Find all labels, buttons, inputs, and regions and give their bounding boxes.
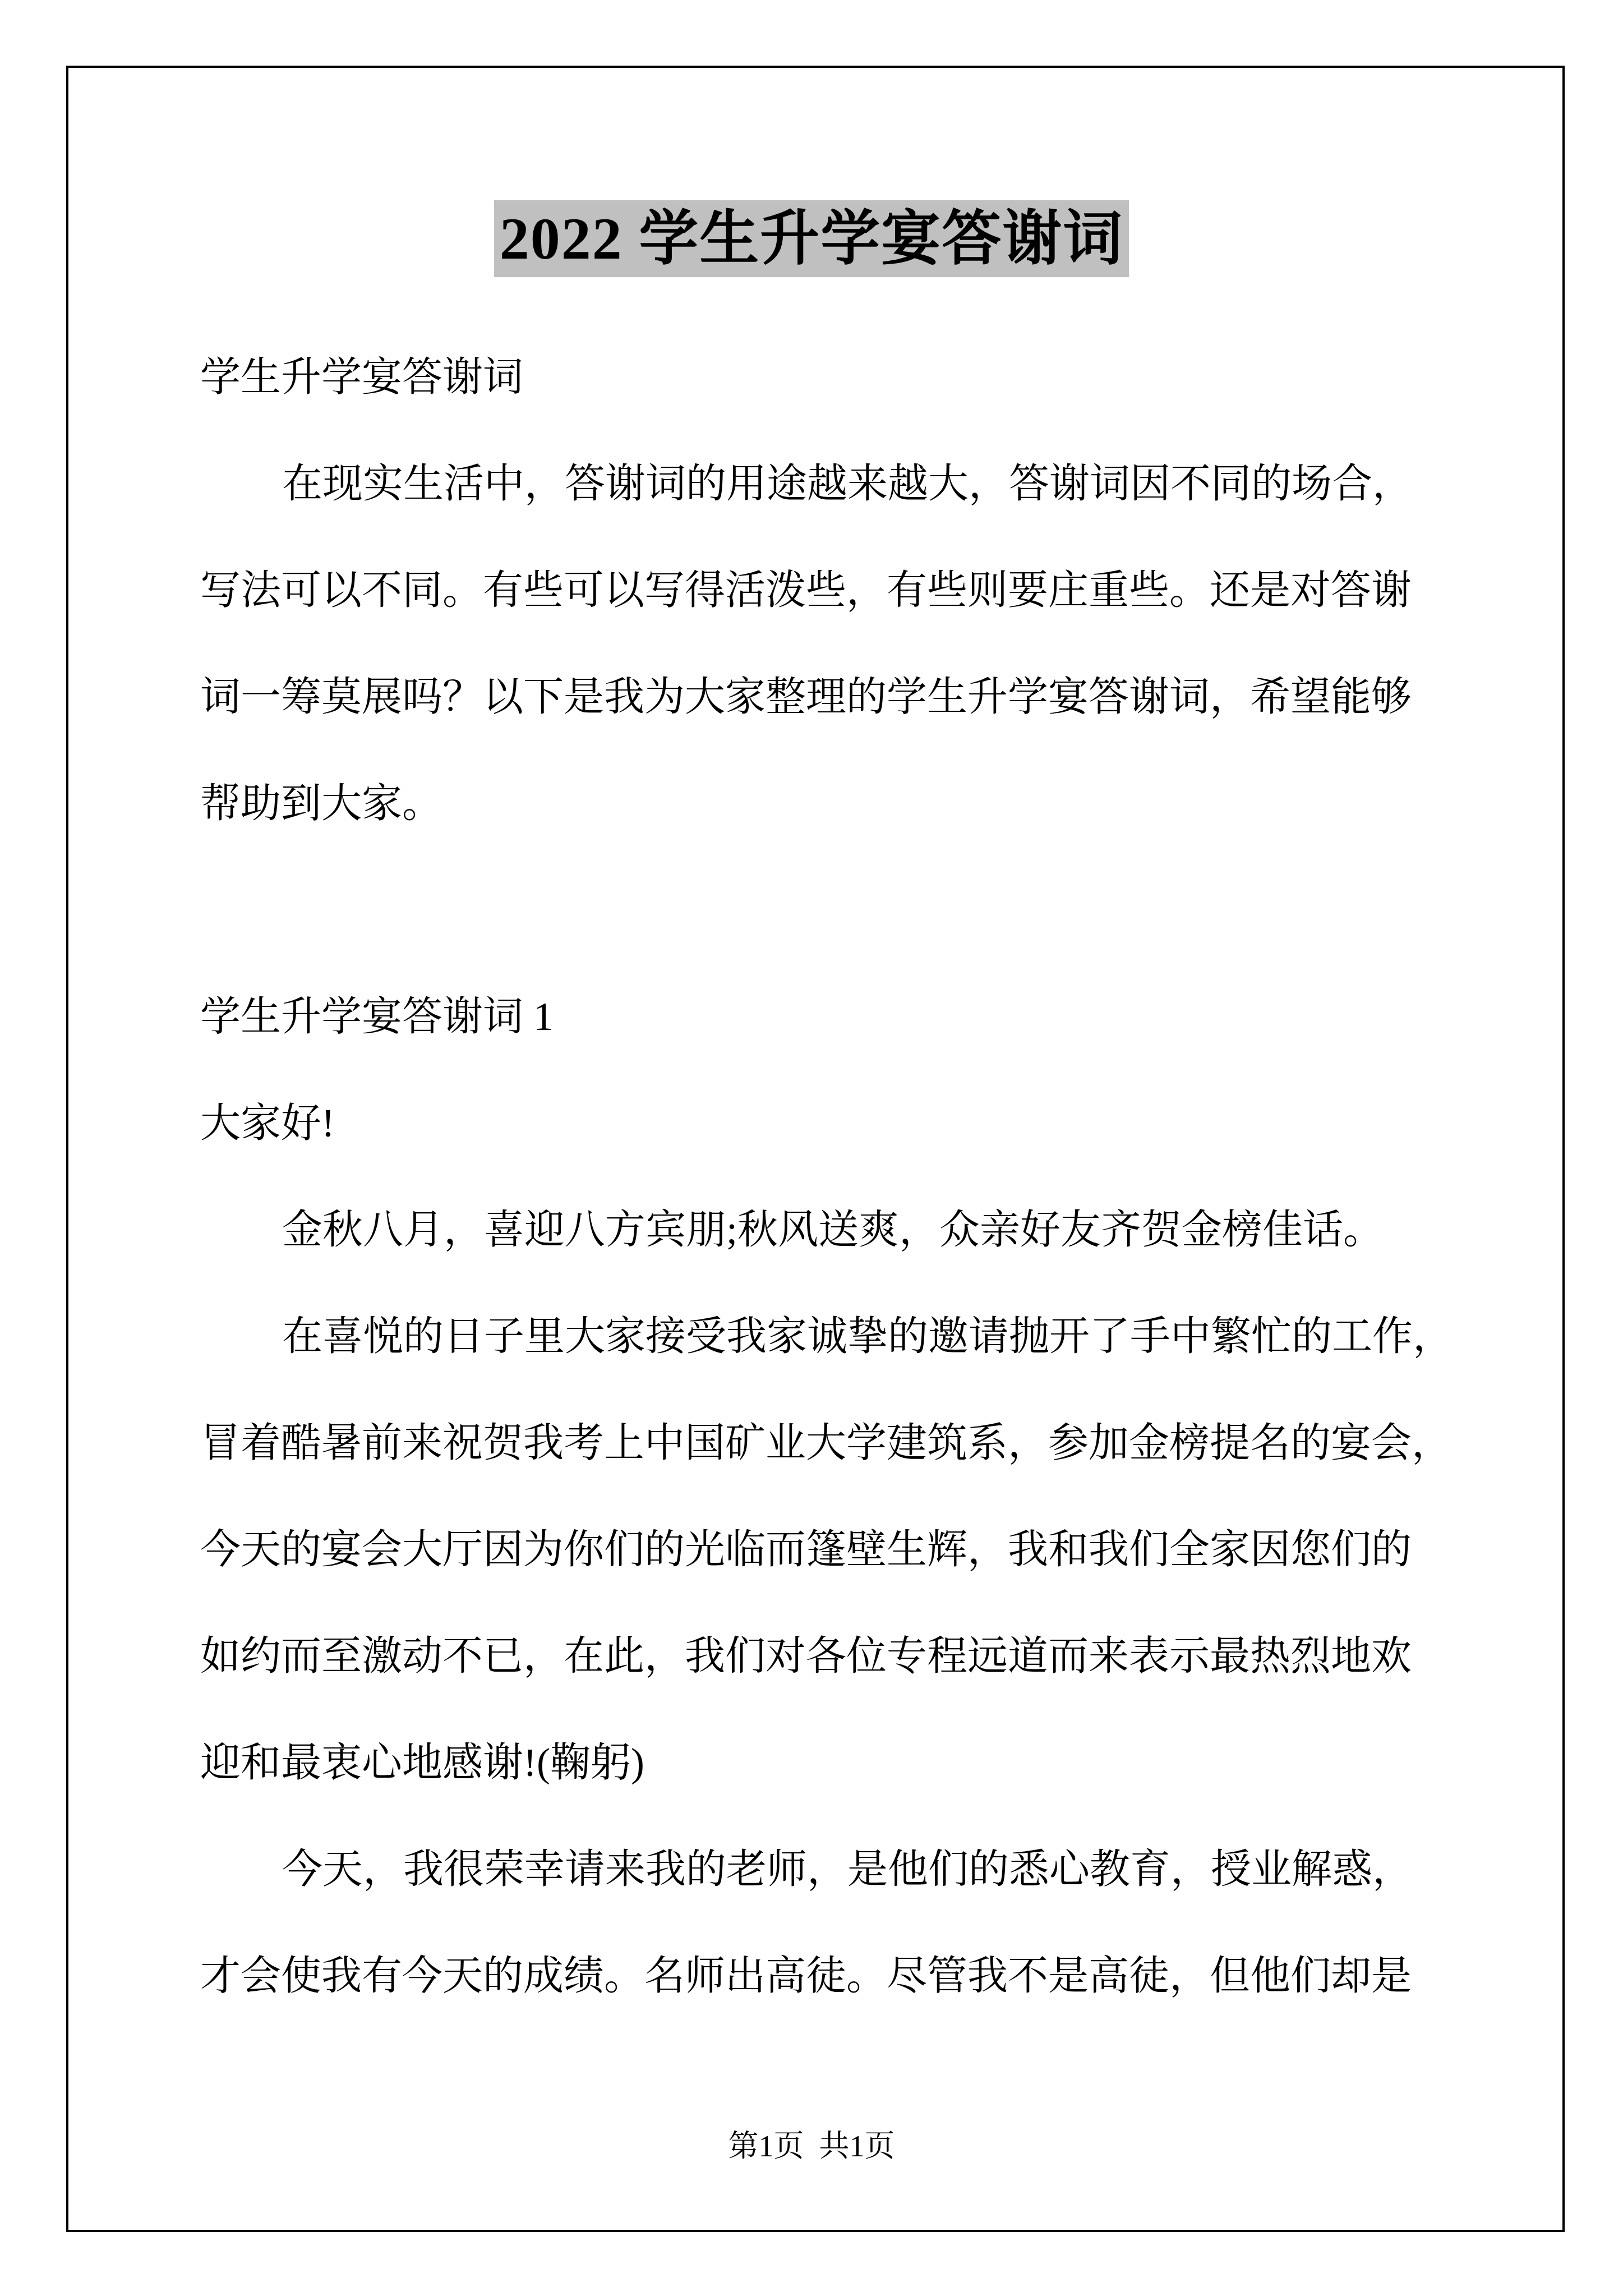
text-line: 迎和最衷心地感谢!(鞠躬) bbox=[200, 1709, 1428, 1816]
text-line: 大家好! bbox=[200, 1070, 1428, 1176]
document-title: 2022 学生升学宴答谢词 bbox=[494, 200, 1129, 277]
blank-line bbox=[200, 857, 1428, 963]
title-row: 2022 学生升学宴答谢词 bbox=[0, 200, 1623, 277]
section-heading: 学生升学宴答谢词 1 bbox=[200, 963, 1428, 1070]
text-line: 在喜悦的日子里大家接受我家诚挚的邀请抛开了手中繁忙的工作， bbox=[200, 1283, 1428, 1389]
page-number-footer: 第1页 共1页 bbox=[0, 2131, 1623, 2162]
text-line: 冒着酷暑前来祝贺我考上中国矿业大学建筑系，参加金榜提名的宴会， bbox=[200, 1389, 1428, 1496]
text-line: 词一筹莫展吗？以下是我为大家整理的学生升学宴答谢词，希望能够 bbox=[200, 643, 1428, 750]
text-line: 帮助到大家。 bbox=[200, 750, 1428, 857]
document-page: { "document": { "title": "2022 学生升学宴答谢词"… bbox=[0, 0, 1623, 2296]
text-line: 金秋八月，喜迎八方宾朋;秋风送爽，众亲好友齐贺金榜佳话。 bbox=[200, 1176, 1428, 1283]
text-line: 今天的宴会大厅因为你们的光临而篷壁生辉，我和我们全家因您们的 bbox=[200, 1496, 1428, 1603]
text-line: 今天，我很荣幸请来我的老师，是他们的悉心教育，授业解惑， bbox=[200, 1816, 1428, 1922]
text-line: 写法可以不同。有些可以写得活泼些，有些则要庄重些。还是对答谢 bbox=[200, 537, 1428, 643]
document-body: 学生升学宴答谢词 在现实生活中，答谢词的用途越来越大，答谢词因不同的场合， 写法… bbox=[200, 324, 1428, 2029]
text-line: 才会使我有今天的成绩。名师出高徒。尽管我不是高徒，但他们却是 bbox=[200, 1922, 1428, 2029]
text-line: 如约而至激动不已，在此，我们对各位专程远道而来表示最热烈地欢 bbox=[200, 1603, 1428, 1709]
text-line: 学生升学宴答谢词 bbox=[200, 324, 1428, 430]
text-line: 在现实生活中，答谢词的用途越来越大，答谢词因不同的场合， bbox=[200, 430, 1428, 537]
